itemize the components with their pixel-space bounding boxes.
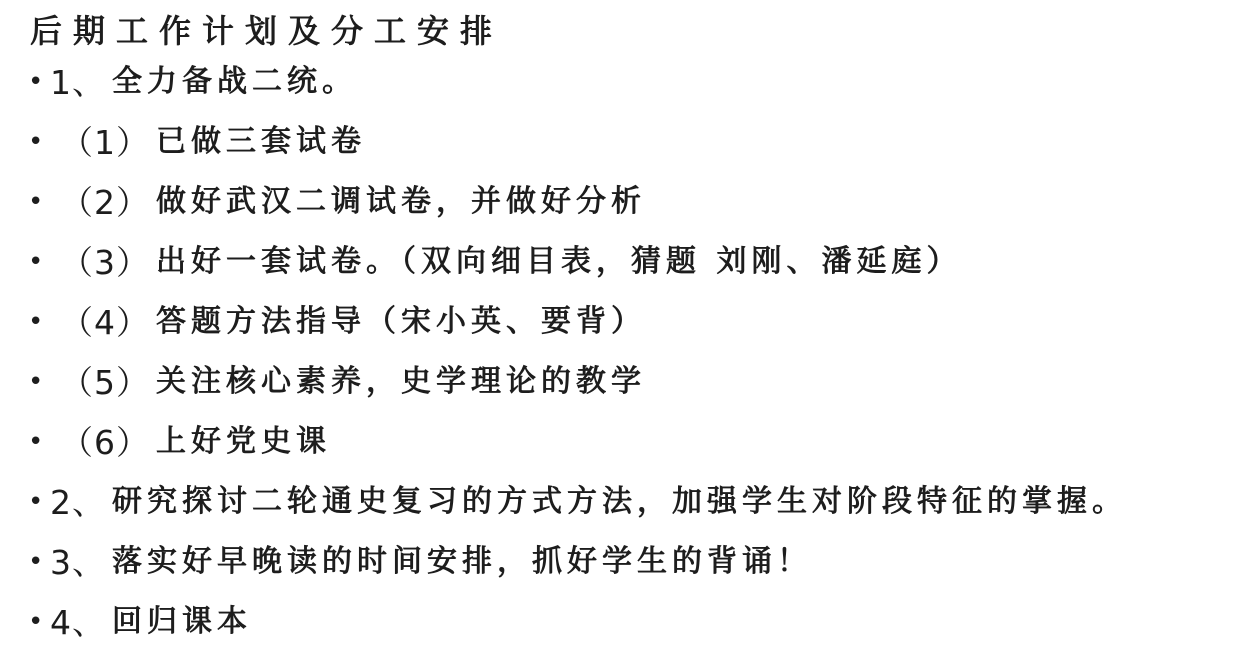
item-text: 回归课本 (112, 607, 252, 637)
item-number: 1、 (50, 66, 106, 99)
list-item: • （1） 已做三套试卷 (28, 112, 1234, 172)
bullet-icon: • (28, 489, 50, 515)
item-text: 已做三套试卷 (156, 127, 366, 157)
bullet-icon: • (28, 189, 50, 215)
item-number: （5） (60, 366, 150, 399)
list-item: • 4、 回归课本 (28, 592, 1234, 651)
item-number: （4） (60, 306, 150, 339)
bullet-icon: • (28, 549, 50, 575)
item-text: 关注核心素养，史学理论的教学 (156, 367, 646, 397)
item-number: 3、 (50, 546, 106, 579)
bullet-list: • 1、 全力备战二统。 • （1） 已做三套试卷 • （2） 做好武汉二调试卷… (28, 52, 1234, 651)
item-number: （3） (60, 246, 150, 279)
bullet-icon: • (28, 369, 50, 395)
item-text: 研究探讨二轮通史复习的方式方法，加强学生对阶段特征的掌握。 (112, 487, 1127, 517)
list-item: • 2、 研究探讨二轮通史复习的方式方法，加强学生对阶段特征的掌握。 (28, 472, 1234, 532)
bullet-icon: • (28, 609, 50, 635)
list-item: • 1、 全力备战二统。 (28, 52, 1234, 112)
page-title: 后期工作计划及分工安排 (30, 6, 503, 52)
item-number: 2、 (50, 486, 106, 519)
item-number: （6） (60, 426, 150, 459)
item-number: （2） (60, 186, 150, 219)
list-item: • （2） 做好武汉二调试卷，并做好分析 (28, 172, 1234, 232)
list-item: • （5） 关注核心素养，史学理论的教学 (28, 352, 1234, 412)
item-number: （1） (60, 126, 150, 159)
item-number: 4、 (50, 606, 106, 639)
item-text: 落实好早晚读的时间安排，抓好学生的背诵！ (112, 547, 812, 577)
item-text: 出好一套试卷。（双向细目表，猜题 刘刚、潘延庭） (156, 247, 961, 277)
list-item: • 3、 落实好早晚读的时间安排，抓好学生的背诵！ (28, 532, 1234, 592)
bullet-icon: • (28, 129, 50, 155)
bullet-icon: • (28, 309, 50, 335)
item-text: 做好武汉二调试卷，并做好分析 (156, 187, 646, 217)
item-text: 答题方法指导（宋小英、要背） (156, 307, 646, 337)
bullet-icon: • (28, 249, 50, 275)
bullet-icon: • (28, 429, 50, 455)
item-text: 上好党史课 (156, 427, 331, 457)
item-text: 全力备战二统。 (112, 67, 357, 97)
list-item: • （6） 上好党史课 (28, 412, 1234, 472)
slide-page: 后期工作计划及分工安排 • 1、 全力备战二统。 • （1） 已做三套试卷 • … (0, 0, 1234, 651)
bullet-icon: • (28, 69, 50, 95)
list-item: • （3） 出好一套试卷。（双向细目表，猜题 刘刚、潘延庭） (28, 232, 1234, 292)
list-item: • （4） 答题方法指导（宋小英、要背） (28, 292, 1234, 352)
